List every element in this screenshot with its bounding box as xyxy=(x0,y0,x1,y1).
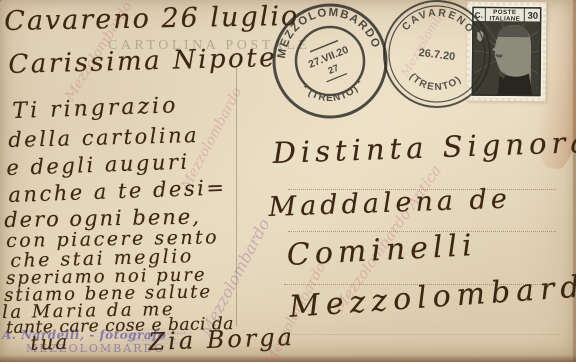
postmark-province: (TRENTO) xyxy=(406,71,464,95)
postmark-province: * (TRENTO) * xyxy=(298,77,368,108)
address-line: Distinta Signora xyxy=(272,125,576,170)
message-line: anche a te desi= xyxy=(8,175,227,207)
message-line: Cavareno 26 luglio xyxy=(4,1,299,37)
message-line: della cartolina xyxy=(8,123,199,152)
address-line: Cominelli xyxy=(286,228,477,273)
message-line: Ti ringrazio xyxy=(12,93,179,124)
postmark-date-block: 27.VII.20 27 xyxy=(305,38,357,85)
svg-text:(TRENTO): (TRENTO) xyxy=(406,71,464,95)
message-line: Carissima Nipote xyxy=(8,43,277,80)
postmark-time: 27 xyxy=(327,63,341,77)
stamp-denomination: 30 xyxy=(527,11,538,22)
postmark-date: 26.7.20 xyxy=(418,47,456,63)
scan-edge-bottom xyxy=(0,355,576,362)
postmark-cavareno: CAVARENO (TRENTO) 26.7.20 xyxy=(374,0,500,117)
postcard-scan: CARTOLINA POSTALE Mezzolombardo Mezzolom… xyxy=(0,0,576,362)
message-line: e degli auguri xyxy=(6,150,190,180)
svg-text:* (TRENTO) *: * (TRENTO) * xyxy=(298,77,368,108)
message-signoff: tua xyxy=(30,330,70,355)
address-line: Mezzolombardo xyxy=(288,268,576,325)
message-signature: Zia Borga xyxy=(148,323,295,356)
address-rule xyxy=(284,334,560,335)
